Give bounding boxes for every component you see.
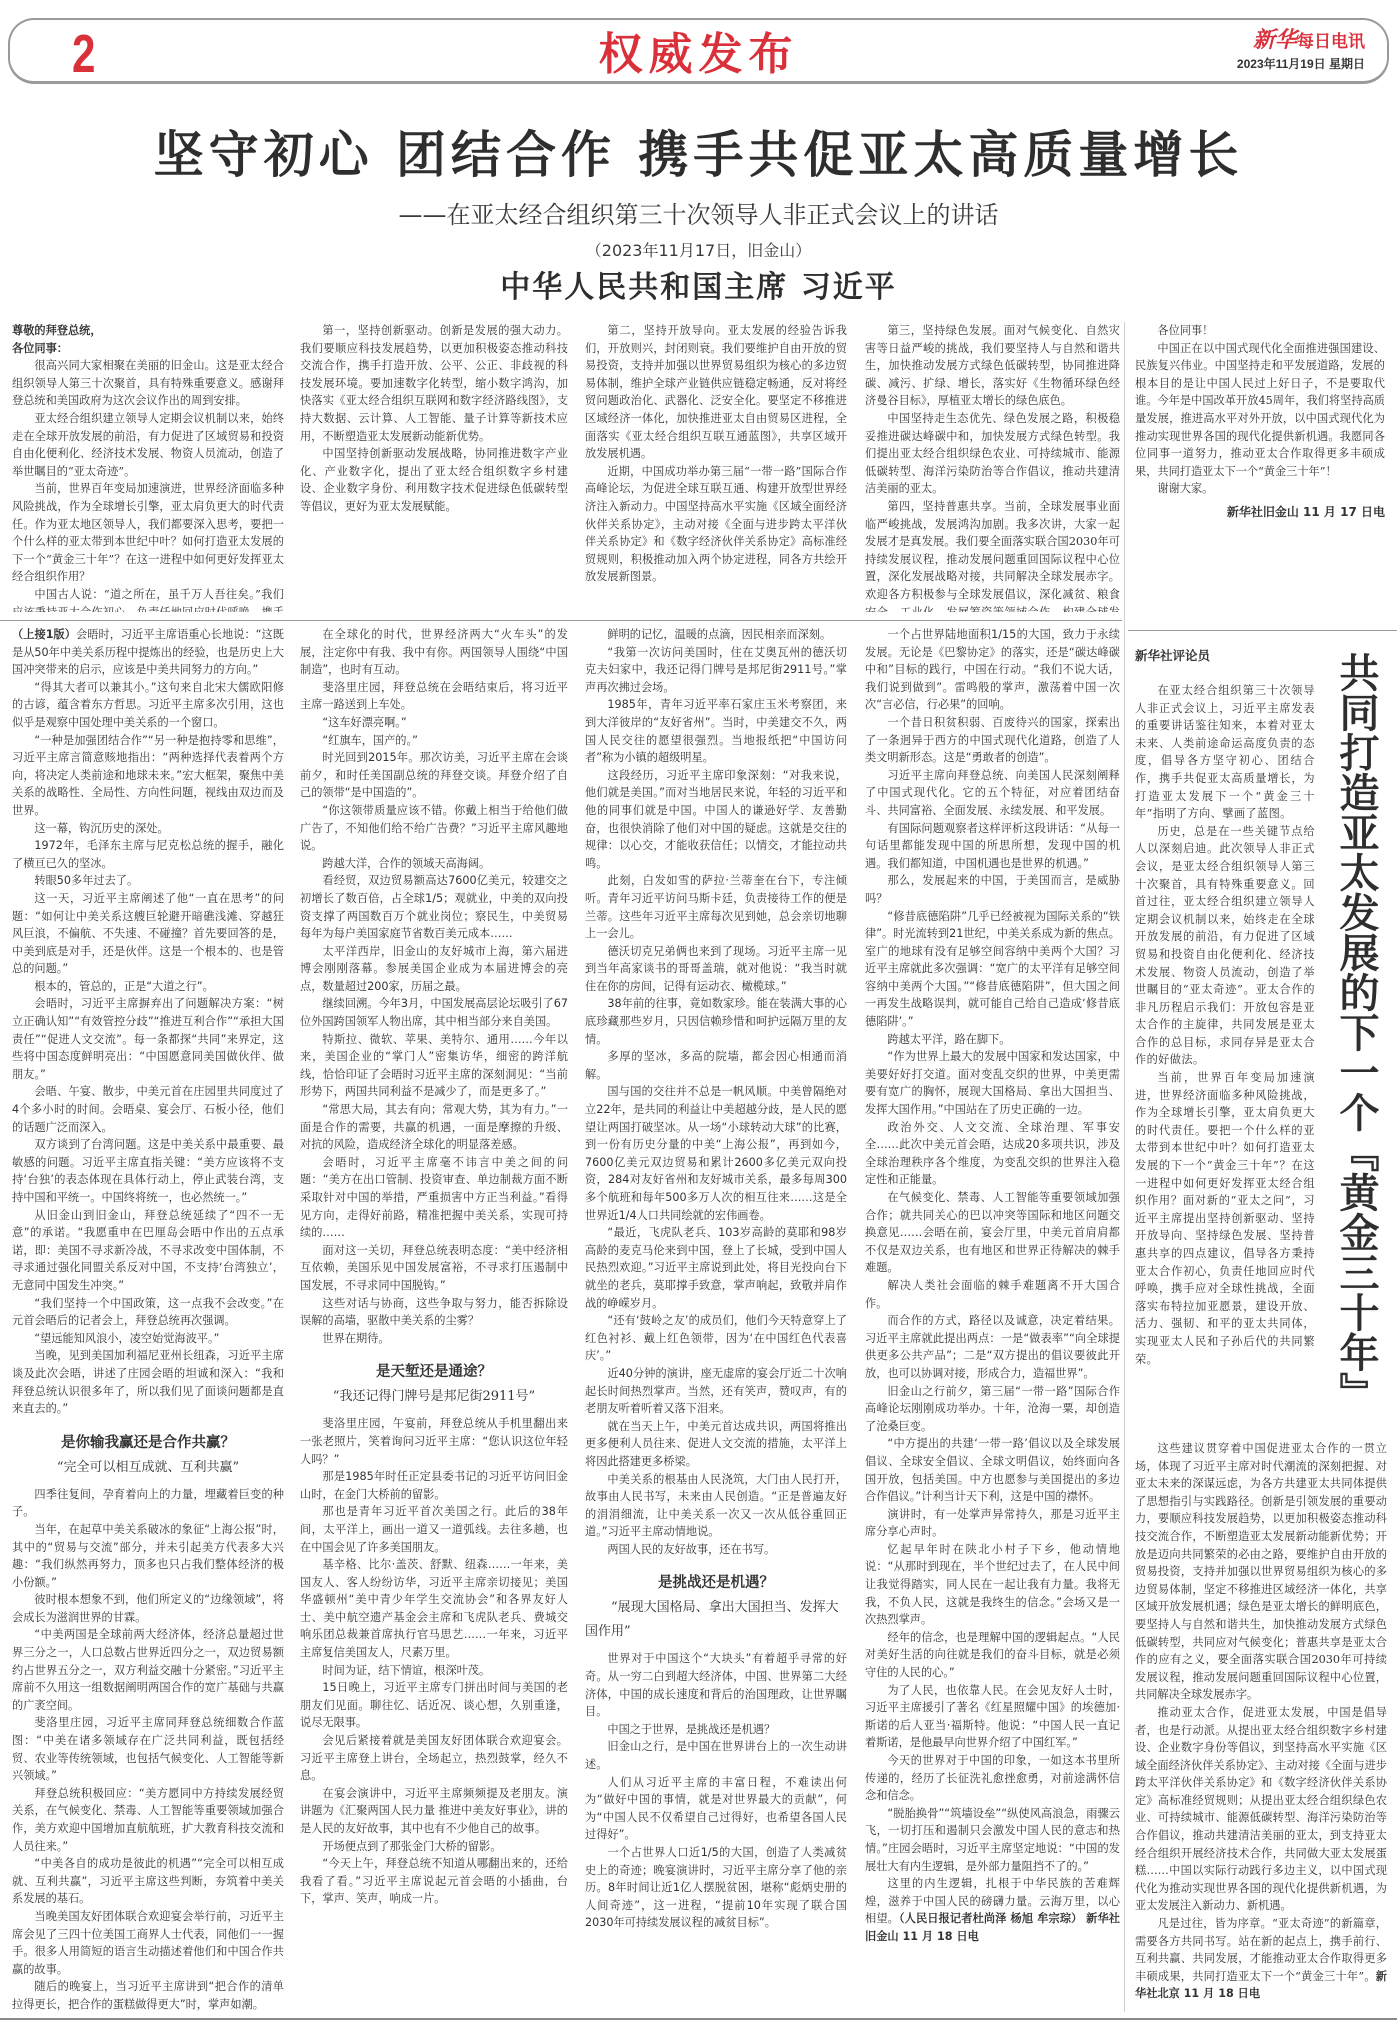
commentary-paragraph: 推动亚太合作，促进亚太发展，中国是倡导者，也是行动派。从提出亚太经合组织数字乡村… (1135, 1704, 1387, 1915)
report-paragraph: 那也是青年习近平首次美国之行。此后的38年间，太平洋上，画出一道又一道弧线。去往… (300, 1503, 568, 1556)
report-paragraph: “这车好漂亮啊。” (300, 714, 568, 732)
report-paragraph: “还有‘鼓岭之友’的成员们，他们今天特意穿上了红色衬衫、戴上红色领带，因为‘在中… (585, 1312, 847, 1365)
report-paragraph: 斐洛里庄园，拜登总统在会晤结束后，将习近平主席一路送到上车处。 (300, 679, 568, 714)
brand-logo-sub: 每日电讯 (1297, 32, 1365, 52)
report-paragraph: “常思大局，其去有向；常观大势，其为有力。”一面是合作的需要，共赢的机遇，一面是… (300, 1101, 568, 1154)
report-paragraph: 四季往复间，孕育着向上的力量，埋藏着巨变的种子。 (12, 1486, 284, 1521)
section-divider (1128, 630, 1397, 631)
report-paragraph: 习近平主席向拜登总统、向美国人民深刻阐释了中国式现代化。它的五个特征，对应着团结… (865, 767, 1120, 820)
brand-logo-script: 新华 (1253, 27, 1297, 53)
report-paragraph: “得其大者可以兼其小。”这句来自北宋大儒欧阳修的古谚，蕴含着东方哲思。习近平主席… (12, 679, 284, 732)
report-paragraph: 鲜明的记忆，温暖的点滴，因民相亲而深刻。 (585, 626, 847, 644)
subsection-heading: 是挑战还是机遇？ (585, 1570, 847, 1596)
commentary-paragraph: 当前，世界百年变局加速演进，世界经济面临多种风险挑战，作为全球增长引擎，亚太肩负… (1135, 1069, 1315, 1368)
subsection-quote: “展现大国格局、拿出大国担当、发挥大国作用” (585, 1596, 847, 1644)
report-paragraph: “一种是加强团结合作”“另一种是抱持零和思维”，习近平主席言简意赅地指出：“两种… (12, 732, 284, 820)
report-paragraph: 1972年，毛泽东主席与尼克松总统的握手，融化了横亘已久的坚冰。 (12, 837, 284, 872)
report-paragraph: 两国人民的友好故事，还在书写。 (585, 1541, 847, 1559)
report-paragraph: 拜登总统积极回应：“美方愿同中方持续发展经贸关系，在气候变化、禁毒、人工智能等重… (12, 1785, 284, 1855)
report-paragraph: 太平洋西岸，旧金山的友好城市上海，第六届进博会刚刚落幕。参展美国企业成为本届进博… (300, 943, 568, 996)
report-paragraph: 这里的内生逻辑，扎根于中华民族的苦难辉煌，滋养于中国人民的磅礴力量。云海万里，以… (865, 1875, 1120, 1945)
report-column-4: 一个占世界陆地面积1/15的大国，致力于永续发展。无论是《巴黎协定》的落实，还是… (865, 626, 1120, 2016)
speech-paragraph: 中国正在以中国式现代化全面推进强国建设、民族复兴伟业。中国坚持走和平发展道路，发… (1135, 340, 1385, 481)
report-paragraph: 当年，在起草中美关系破冰的象征“上海公报”时，其中的“贸易与交流”部分，并未引起… (12, 1521, 284, 1591)
speech-column-5: 各位同事！ 中国正在以中国式现代化全面推进强国建设、民族复兴伟业。中国坚持走和平… (1135, 322, 1385, 622)
speech-paragraph: 亚太经合组织建立领导人定期会议机制以来，始终走在全球开放发展的前沿，有力促进了区… (12, 410, 284, 480)
report-paragraph: “我第一次访问美国时，住在艾奥瓦州的德沃切克夫妇家中，我还记得门牌号是邦尼街29… (585, 644, 847, 697)
report-paragraph: 跨越大洋，合作的领域天高海阔。 (300, 855, 568, 873)
section-title: 权威发布 (10, 28, 1387, 82)
report-paragraph: 演讲时，有一处掌声异常持久，那是习近平主席分享心声时。 (865, 1506, 1120, 1541)
speech-signoff: 新华社旧金山 11 月 17 日电 (1135, 504, 1385, 522)
speech-paragraph: 当前，世界百年变局加速演进，世界经济面临多种风险挑战，作为全球增长引擎，亚太肩负… (12, 480, 284, 586)
report-paragraph: 彼时根本想象不到，他们所定义的“边缘领域”，将会成长为滋润世界的甘霖。 (12, 1591, 284, 1626)
report-paragraph: 这一幕，钩沉历史的深处。 (12, 820, 284, 838)
column-divider (1124, 322, 1125, 2012)
report-paragraph: 旧金山之行，是中国在世界讲台上的一次生动讲述。 (585, 1738, 847, 1773)
report-paragraph: “修昔底德陷阱”几乎已经被视为国际关系的“铁律”。时光流转到21世纪，中美关系成… (865, 908, 1120, 1031)
subsection-heading: 是天堑还是通途？ (300, 1359, 568, 1385)
speech-paragraph: 各位同事！ (1135, 322, 1385, 340)
report-paragraph: 会见后紧接着就是美国友好团体联合欢迎宴会。习近平主席登上讲台，全场起立，热烈鼓掌… (300, 1732, 568, 1785)
report-paragraph: 就在当天上午，中美元首达成共识，两国将推出更多便利人员往来、促进人文交流的措施，… (585, 1418, 847, 1471)
report-paragraph: 开场便点到了那张金门大桥的留影。 (300, 1838, 568, 1856)
commentary-column-lower: 这些建议贯穿着中国促进亚太合作的一贯立场，体现了习近平主席对时代潮流的深刻把握、… (1135, 1440, 1387, 2015)
report-paragraph: 经年的信念，也是理解中国的逻辑起点。“人民对美好生活的向往就是我们的奋斗目标，就… (865, 1629, 1120, 1682)
report-paragraph: 会晤、午宴、散步，中美元首在庄园里共同度过了4个多小时的时间。会晤桌、宴会厅、石… (12, 1083, 284, 1136)
report-paragraph: “望远能知风浪小，凌空始觉海波平。” (12, 1330, 284, 1348)
subsection-quote: “我还记得门牌号是邦尼街2911号” (300, 1385, 568, 1409)
continued-tag: （上接1版） (12, 628, 76, 641)
headline: 坚守初心 团结合作 携手共促亚太高质量增长 (0, 125, 1397, 185)
salutation: 尊敬的拜登总统， (12, 322, 284, 340)
masthead: 2 权威发布 新华每日电讯 2023年11月19日 星期日 (8, 18, 1389, 84)
byline: 中华人民共和国主席 习近平 (0, 268, 1397, 308)
report-paragraph: 中国之于世界，是挑战还是机遇？ (585, 1721, 847, 1739)
report-paragraph: “今天上午，拜登总统不知道从哪翻出来的，还给我看了看。”习近平主席说起元首会晤的… (300, 1855, 568, 1908)
subsection-quote: “完全可以相互成就、互利共赢” (12, 1456, 284, 1480)
report-paragraph: 从旧金山到旧金山，拜登总统延续了“四不一无意”的承诺。“我愿重申在巴厘岛会晤中作… (12, 1207, 284, 1295)
speech-paragraph: 中国坚持走生态优先、绿色发展之路，积极稳妥推进碳达峰碳中和，加快发展方式绿色转型… (865, 410, 1120, 498)
report-paragraph: 多厚的坚冰，多高的院墙，都会因心相通而消解。 (585, 1048, 847, 1083)
speech-paragraph: 第二，坚持开放导向。亚太发展的经验告诉我们，开放则兴，封闭则衰。我们要维护自由开… (585, 322, 847, 463)
section-divider (0, 620, 1122, 621)
report-paragraph: 这段经历，习近平主席印象深刻：“对我来说，他们就是美国。”而对当地居民来说，年轻… (585, 767, 847, 873)
speech-column-1: 尊敬的拜登总统， 各位同事： 很高兴同大家相聚在美丽的旧金山。这是亚太经合组织领… (12, 322, 284, 612)
report-paragraph: 世界对于中国这个“大块头”有着超乎寻常的好奇。从一穷二白到超大经济体，中国、世界… (585, 1650, 847, 1720)
report-column-1: （上接1版）会晤时，习近平主席语重心长地说：“这既是从50年中美关系历程中提炼出… (12, 626, 284, 2016)
report-paragraph: 德沃切克兄弟俩也来到了现场。习近平主席一见到当年高家谈书的哥哥盖瑞，就对他说：“… (585, 943, 847, 996)
report-paragraph: 有国际问题观察者这样评析这段讲话：“从每一句话里都能发现中国的所思所想，发现中国… (865, 820, 1120, 873)
report-paragraph: “中美两国是全球前两大经济体，经济总量超过世界三分之一，人口总数占世界近四分之一… (12, 1626, 284, 1714)
report-paragraph: 那是1985年时任正定县委书记的习近平访问旧金山时，在金门大桥前的留影。 (300, 1468, 568, 1503)
report-paragraph: 一个占世界陆地面积1/15的大国，致力于永续发展。无论是《巴黎协定》的落实，还是… (865, 626, 1120, 714)
salutation: 各位同事： (12, 340, 284, 358)
report-paragraph: 1985年，青年习近平率石家庄玉米考察团，来到大洋彼岸的“友好省州”。当时，中美… (585, 696, 847, 766)
report-paragraph: 今天的世界对于中国的印象，一如这本书里所传递的，经历了长征洗礼愈挫愈勇，对前途满… (865, 1752, 1120, 1805)
issue-date: 2023年11月19日 星期日 (1237, 56, 1365, 72)
report-paragraph: 根本的，管总的，正是“大道之行”。 (12, 978, 284, 996)
report-paragraph: “红旗车，国产的。” (300, 732, 568, 750)
report-paragraph: 基辛格、比尔·盖茨、舒默、纽森……一年来，美国友人、客人纷纷访华，习近平主席亲切… (300, 1556, 568, 1662)
reporter-credit: （人民日报记者杜尚泽 杨旭 牟宗琮） (899, 1912, 1083, 1925)
report-paragraph: “脱胎换骨”“筑墙设垒”“纵使风高浪急，雨骤云飞，一切打压和遏制只会激发中国人民… (865, 1805, 1120, 1875)
commentary-paragraph: 这些建议贯穿着中国促进亚太合作的一贯立场，体现了习近平主席对时代潮流的深刻把握、… (1135, 1440, 1387, 1704)
report-paragraph: 在全球化的时代，世界经济两大“火车头”的发展，注定你中有我、我中有你。两国领导人… (300, 626, 568, 679)
commentary-paragraph: 凡是过往，皆为序章。“亚太奇迹”的新篇章，需要各方共同书写。站在新的起点上，携手… (1135, 1915, 1387, 2003)
speech-paragraph: 第一，坚持创新驱动。创新是发展的强大动力。我们要顺应科技发展趋势，以更加积极姿态… (300, 322, 568, 445)
report-paragraph: “中方提出的共建‘一带一路’倡议以及全球发展倡议、全球安全倡议、全球文明倡议，始… (865, 1435, 1120, 1505)
report-paragraph: 特斯拉、微软、苹果、美特尔、通用……今年以来，美国企业的“掌门人”密集访华，细密… (300, 1031, 568, 1101)
report-paragraph: 双方谈到了台湾问题。这是中美关系中最重要、最敏感的问题。习近平主席直指关键：“美… (12, 1136, 284, 1206)
report-column-3: 鲜明的记忆，温暖的点滴，因民相亲而深刻。 “我第一次访问美国时，住在艾奥瓦州的德… (585, 626, 847, 2016)
speech-paragraph: 第三，坚持绿色发展。面对气候变化、自然灾害等日益严峻的挑战，我们要坚持人与自然和… (865, 322, 1120, 410)
report-paragraph: 跨越太平洋，路在脚下。 (865, 1031, 1120, 1049)
speech-column-2: 第一，坚持创新驱动。创新是发展的强大动力。我们要顺应科技发展趋势，以更加积极姿态… (300, 322, 568, 612)
report-paragraph: 人们从习近平主席的丰富日程，不难读出何为“做好中国的事情，就是对世界最大的贡献”… (585, 1774, 847, 1844)
report-paragraph: 为了人民，也依靠人民。在会见友好人士时，习近平主席援引了著名《红星照耀中国》的埃… (865, 1682, 1120, 1752)
brand: 新华每日电讯 2023年11月19日 星期日 (1237, 26, 1365, 72)
speech-paragraph: 谢谢大家。 (1135, 480, 1385, 498)
speech-column-4: 第三，坚持绿色发展。面对气候变化、自然灾害等日益严峻的挑战，我们要坚持人与自然和… (865, 322, 1120, 612)
speech-paragraph: 很高兴同大家相聚在美丽的旧金山。这是亚太经合组织领导人第三十次聚首，具有特殊重要… (12, 357, 284, 410)
dateline: （2023年11月17日，旧金山） (0, 240, 1397, 262)
commentary-title: 共同打造亚太发展的下一个『黄金三十年』 (1330, 652, 1382, 1412)
report-paragraph: 在宴会演讲中，习近平主席频频提及老朋友。演讲题为《汇聚两国人民力量 推进中美友好… (300, 1785, 568, 1838)
report-paragraph: “最近，飞虎队老兵、103岁高龄的莫耶和98岁高龄的麦克马伦来到中国，登上了长城… (585, 1224, 847, 1312)
report-paragraph: 随后的晚宴上，当习近平主席讲到“把合作的清单拉得更长，把合作的蛋糕做得更大”时，… (12, 1978, 284, 2013)
report-paragraph: 继续回溯。今年3月，中国发展高层论坛吸引了67位外国跨国领军人物出席，其中相当部… (300, 995, 568, 1030)
report-paragraph: 当晚美国友好团体联合欢迎宴会举行前，习近平主席会见了三四十位美国工商界人士代表，… (12, 1908, 284, 1978)
report-paragraph: 忆起早年时在陕北小村子下乡，他动情地说：“从那时到现在，半个世纪过去了，在人民中… (865, 1541, 1120, 1629)
report-paragraph: 斐洛里庄园，午宴前，拜登总统从手机里翻出来一张老照片，笑着询问习近平主席：“您认… (300, 1415, 568, 1468)
speech-column-3: 第二，坚持开放导向。亚太发展的经验告诉我们，开放则兴，封闭则衰。我们要维护自由开… (585, 322, 847, 612)
report-paragraph: “中美各自的成功是彼此的机遇”“完全可以相互成就、互利共赢”，习近平主席这些判断… (12, 1855, 284, 1908)
report-paragraph: 时光回到2015年。那次访美，习近平主席在会谈前夕，和时任美国副总统的拜登交谈。… (300, 749, 568, 802)
subsection-heading: 是你输我赢还是合作共赢？ (12, 1430, 284, 1456)
report-paragraph: 而合作的方式，路径以及诚意，决定着结果。习近平主席就此提出两点：一是“做表率”“… (865, 1312, 1120, 1382)
report-paragraph: 世界在期待。 (300, 1330, 568, 1348)
report-paragraph: 一个昔日积贫积弱、百废待兴的国家，探索出了一条迥异于西方的中国式现代化道路，创造… (865, 714, 1120, 767)
report-paragraph: 那么，发展起来的中国，于美国而言，是威胁吗？ (865, 872, 1120, 907)
subhead: ——在亚太经合组织第三十次领导人非正式会议上的讲话 (0, 200, 1397, 230)
report-paragraph: 解决人类社会面临的棘手难题离不开大国合作。 (865, 1277, 1120, 1312)
commentary-author: 新华社评论员 (1135, 646, 1210, 664)
report-paragraph: 面对这一关切，拜登总统表明态度：“美中经济相互依赖，美国乐见中国发展富裕，不寻求… (300, 1242, 568, 1295)
speech-paragraph: 中国坚持创新驱动发展战略，协同推进数字产业化、产业数字化，提出了亚太经合组织数字… (300, 445, 568, 515)
report-paragraph: 一个占世界人口近1/5的大国，创造了人类减贫史上的奇迹；晚宴演讲时，习近平主席分… (585, 1844, 847, 1932)
speech-paragraph: 近期，中国成功举办第三届“一带一路”国际合作高峰论坛，为促进全球互联互通、构建开… (585, 463, 847, 586)
report-paragraph: 国与国的交往并不总是一帆风顺。中美曾隔绝对立22年，是共同的利益让中美超越分歧，… (585, 1083, 847, 1224)
speech-paragraph: 中国古人说：“道之所在，虽千万人吾往矣。”我们应该秉持亚太合作初心，负责任地回应… (12, 586, 284, 612)
report-paragraph: “你这领带质量应该不错。你戴上相当于给他们做广告了，不知他们给不给广告费？”习近… (300, 802, 568, 855)
report-paragraph: 旧金山之行前夕，第三届“一带一路”国际合作高峰论坛刚刚成功举办。十年，沧海一粟，… (865, 1383, 1120, 1436)
report-paragraph: 转眼50多年过去了。 (12, 872, 284, 890)
report-column-2: 在全球化的时代，世界经济两大“火车头”的发展，注定你中有我、我中有你。两国领导人… (300, 626, 568, 2016)
report-paragraph: 中美关系的根基由人民浇筑，大门由人民打开，故事由人民书写，未来由人民创造。“正是… (585, 1471, 847, 1541)
report-paragraph: 会晤时，习近平主席毫不讳言中美之间的问题：“美方在出口管制、投资审查、单边制裁方… (300, 1154, 568, 1242)
report-paragraph: 会晤时，习近平主席摒弃出了问题解决方案：“树立正确认知”“有效管控分歧”“推进互… (12, 995, 284, 1083)
report-paragraph: 38年前的往事，竟如数家珍。能在装满大事的心底珍藏那些岁月，只因信赖珍惜和呵护远… (585, 995, 847, 1048)
report-paragraph: 这一天，习近平主席阐述了他“一直在思考”的问题：“如何让中美关系这艘巨轮避开暗礁… (12, 890, 284, 978)
report-paragraph: 此刻，白发如雪的萨拉·兰蒂奎在台下，专注倾听。青年习近平访问马斯卡廷，负责接待工… (585, 872, 847, 942)
report-paragraph: 当晚，见到美国加利福尼亚州长纽森，习近平主席谈及此次会晤，讲述了庄园会晤的坦诚和… (12, 1347, 284, 1417)
commentary-paragraph: 在亚太经合组织第三十次领导人非正式会议上，习近平主席发表的重要讲话鉴往知来，本着… (1135, 682, 1315, 823)
report-paragraph: 这些对话与协商，这些争取与努力，能否拆除设误解的高墙，驱散中美关系的尘雾？ (300, 1295, 568, 1330)
commentary-paragraph: 历史，总是在一些关键节点给人以深刻启迪。此次领导人非正式会议，是亚太经合组织领导… (1135, 823, 1315, 1069)
report-paragraph: （上接1版）会晤时，习近平主席语重心长地说：“这既是从50年中美关系历程中提炼出… (12, 626, 284, 679)
report-paragraph: 15日晚上，习近平主席专门拼出时间与美国的老朋友们见面。聊往忆、话近况、谈心想，… (300, 1679, 568, 1732)
commentary-column-upper: 在亚太经合组织第三十次领导人非正式会议上，习近平主席发表的重要讲话鉴往知来，本着… (1135, 682, 1315, 1442)
report-paragraph: 政治外交、人文交流、全球治理、军事安全……此次中美元首会晤，达成20多项共识，涉… (865, 1119, 1120, 1189)
report-paragraph: 时间为证，结下情谊，根深叶茂。 (300, 1662, 568, 1680)
speech-paragraph: 第四，坚持普惠共享。当前，全球发展事业面临严峻挑战，发展鸿沟加剧。我多次讲，大家… (865, 498, 1120, 612)
brand-logo: 新华每日电讯 (1237, 26, 1365, 56)
report-paragraph: 看经贸，双边贸易额高达7600亿美元，较建交之初增长了数百倍，占全球1/5；观就… (300, 872, 568, 942)
bottom-rule (0, 2018, 1397, 2020)
report-paragraph: 斐洛里庄园，习近平主席同拜登总统细数合作蓝图：“中美在诸多领域存在广泛共同利益，… (12, 1714, 284, 1784)
report-paragraph: 在气候变化、禁毒、人工智能等重要领域加强合作；就共同关心的巴以冲突等国际和地区问… (865, 1189, 1120, 1277)
report-paragraph: “作为世界上最大的发展中国家和发达国家，中美要好好打交道。面对变乱交织的世界，中… (865, 1048, 1120, 1118)
report-paragraph: “我们坚持一个中国政策，这一点我不会改变。”在元首会晤后的记者会上，拜登总统再次… (12, 1295, 284, 1330)
report-paragraph: 近40分钟的演讲，座无虚席的宴会厅近二十次响起长时间热烈掌声。当然，还有笑声，赞… (585, 1365, 847, 1418)
